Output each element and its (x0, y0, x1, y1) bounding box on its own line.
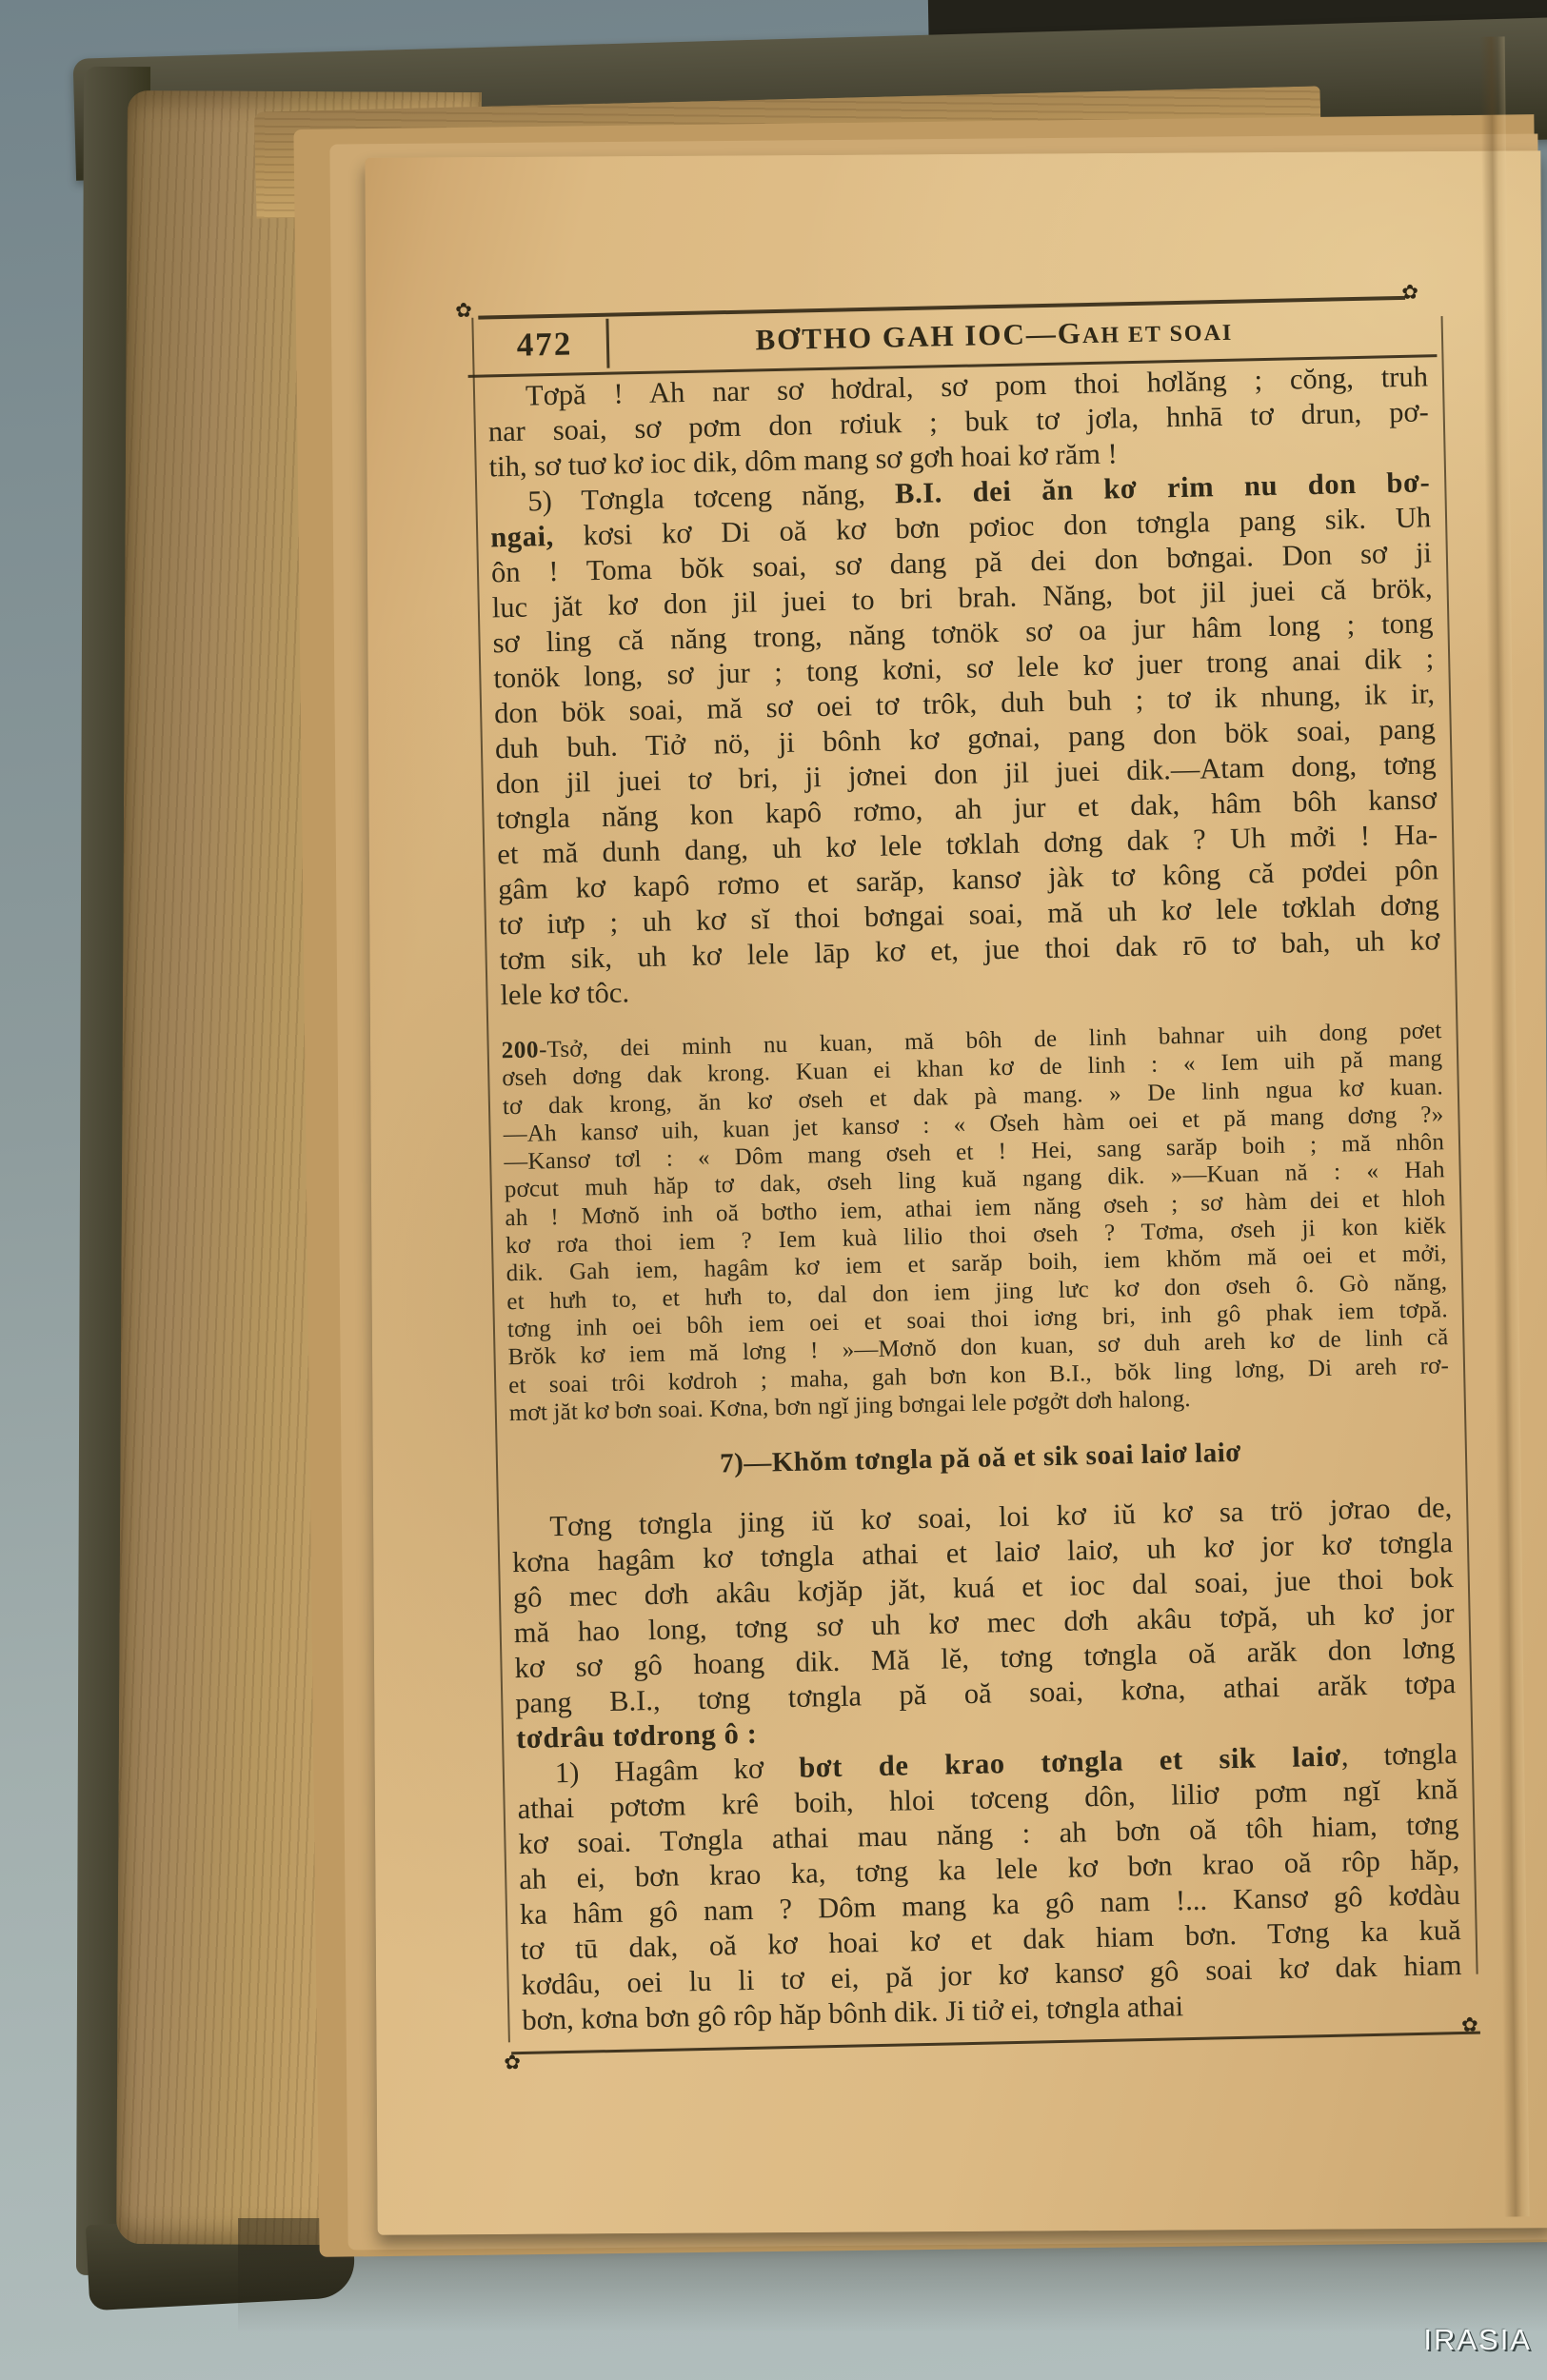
printed-text-block: ✿ ✿ 472 BƠTHO GAH IOC—GAH ET SOAI Tơpă !… (461, 282, 1480, 2064)
watermark: IRASIA (1423, 2323, 1532, 2357)
body-paragraph: 5) Tơngla tơceng năng, B.I. dei ăn kơ ri… (489, 465, 1441, 1013)
running-title-main: BƠTHO GAH IOC—G (755, 316, 1082, 356)
page-body-text: Tơpă ! Ah nar sơ hơdral, sơ pom thoi hơl… (463, 357, 1480, 2039)
page-crease (1480, 36, 1530, 2216)
scanner-background: ✿ ✿ 472 BƠTHO GAH IOC—GAH ET SOAI Tơpă !… (0, 0, 1547, 2380)
fleuron-ornament-top-left: ✿ (455, 301, 472, 321)
fleuron-ornament-top-right: ✿ (1401, 283, 1418, 303)
running-title-small: AH ET SOAI (1082, 321, 1234, 348)
body-paragraph: 1) Hagâm kơ bơt de krao tơngla et sik la… (517, 1736, 1463, 2038)
body-paragraph: Tơng tơngla jing iŭ kơ soai, loi kơ iŭ k… (511, 1490, 1457, 1756)
footnote-paragraph: 200-Tsở, dei minh nu kuan, mă bôh de lin… (501, 1017, 1450, 1427)
body-paragraph: Tơpă ! Ah nar sơ hơdral, sơ pom thoi hơl… (487, 359, 1430, 485)
fleuron-ornament-bottom-left: ✿ (504, 2053, 521, 2073)
page-number: 472 (486, 317, 603, 375)
fleuron-ornament-bottom-right: ✿ (1461, 2015, 1478, 2035)
section-heading: 7)—Khŏm tơngla pă oă et sik soai laiơ la… (510, 1433, 1451, 1485)
